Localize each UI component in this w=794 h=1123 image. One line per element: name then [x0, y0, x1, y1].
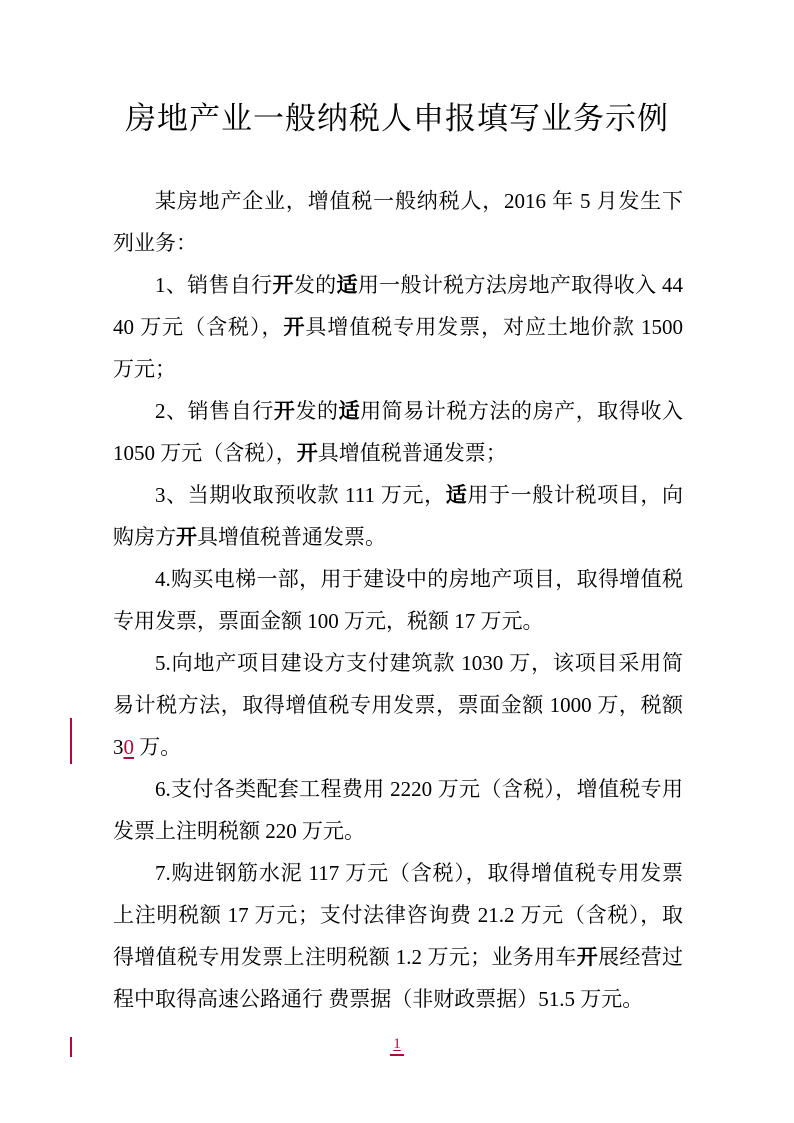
paragraph: 3、当期收取预收款 111 万元，适用于一般计税项目，向购房方开具增值税普通发票… [113, 474, 683, 558]
document-title: 房地产业一般纳税人申报填写业务示例 [0, 0, 794, 140]
bold-text-run: 开 [297, 441, 318, 465]
text-run: 5.向地产项目建设方支付建筑款 1030 万，该项目采用简易计税方法，取得增值税… [113, 651, 683, 759]
paragraph: 2、销售自行开发的适用简易计税方法的房产，取得收入 1050 万元（含税），开具… [113, 390, 683, 474]
text-run: 具增值税普通发票； [318, 441, 507, 465]
bold-text-run: 适 [446, 483, 468, 507]
text-run: 4.购买电梯一部，用于建设中的房地产项目，取得增值税专用发票，票面金额 100 … [113, 567, 683, 633]
text-run: 3、当期收取预收款 111 万元， [155, 483, 446, 507]
text-run: 2、销售自行 [155, 399, 274, 423]
page-number: 1 [390, 1035, 404, 1056]
text-run: 6.支付各类配套工程费用 2220 万元（含税），增值税专用发票上注明税额 22… [113, 777, 683, 843]
bold-text-run: 适 [339, 399, 361, 423]
bold-text-run: 开 [272, 273, 293, 297]
text-run: 1、销售自行 [155, 273, 272, 297]
bold-text-run: 开 [283, 315, 305, 339]
text-run: 某房地产企业，增值税一般纳税人，2016 年 5 月发生下列业务： [113, 189, 683, 255]
bold-text-run: 开 [176, 525, 197, 549]
page-footer: 1 [0, 1035, 794, 1056]
paragraph: 4.购买电梯一部，用于建设中的房地产项目，取得增值税专用发票，票面金额 100 … [113, 558, 683, 642]
inserted-text: 0 [124, 735, 135, 759]
document-page: 房地产业一般纳税人申报填写业务示例 某房地产企业，增值税一般纳税人，2016 年… [0, 0, 794, 1123]
bold-text-run: 开 [577, 945, 598, 969]
text-run: 发的 [294, 273, 337, 297]
bold-text-run: 适 [337, 273, 358, 297]
text-run: 万。 [134, 735, 181, 759]
paragraph: 7.购进钢筋水泥 117 万元（含税），取得增值税专用发票上注明税额 17 万元… [113, 852, 683, 1020]
paragraph: 5.向地产项目建设方支付建筑款 1030 万，该项目采用简易计税方法，取得增值税… [113, 642, 683, 768]
text-run: 发的 [295, 399, 338, 423]
paragraph: 6.支付各类配套工程费用 2220 万元（含税），增值税专用发票上注明税额 22… [113, 768, 683, 852]
changed-line-bar [70, 718, 72, 764]
paragraph: 某房地产企业，增值税一般纳税人，2016 年 5 月发生下列业务： [113, 180, 683, 264]
bold-text-run: 开 [274, 399, 296, 423]
text-run: 具增值税普通发票。 [197, 525, 386, 549]
document-body: 某房地产企业，增值税一般纳税人，2016 年 5 月发生下列业务：1、销售自行开… [0, 180, 794, 1020]
paragraph: 1、销售自行开发的适用一般计税方法房地产取得收入 4440 万元（含税），开具增… [113, 264, 683, 390]
